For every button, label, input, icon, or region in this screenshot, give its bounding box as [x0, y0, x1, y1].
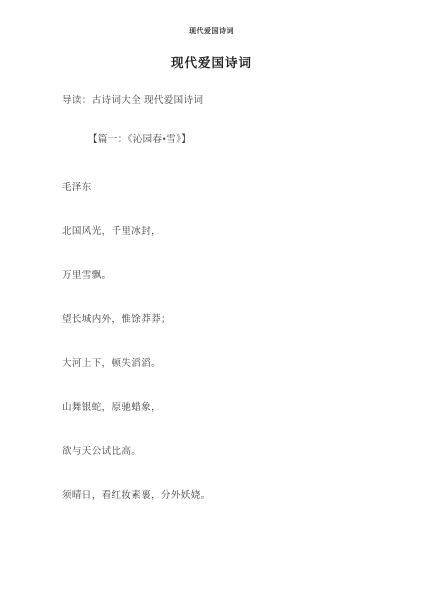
- page-title: 现代爱国诗词: [0, 53, 423, 71]
- intro-line: 导读：古诗词大全 现代爱国诗词: [62, 96, 393, 107]
- poem-line: 欲与天公试比高。: [62, 447, 393, 458]
- poem-line: 望长城内外，惟馀莽莽；: [62, 315, 393, 326]
- poem-line: 须晴日，看红妆素裹，分外妖娆。: [62, 491, 393, 502]
- author-line: 毛泽东: [62, 183, 393, 194]
- poem-line: 大河上下，顿失滔滔。: [62, 359, 393, 370]
- document-page: 现代爱国诗词 现代爱国诗词 导读：古诗词大全 现代爱国诗词 【篇一：《沁园春•雪…: [0, 0, 423, 600]
- poem-line: 北国风光，千里冰封，: [62, 227, 393, 238]
- poem-line: 山舞银蛇，原驰蜡象，: [62, 403, 393, 414]
- section-heading: 【篇一：《沁园春•雪》】: [88, 135, 393, 146]
- running-header: 现代爱国诗词: [0, 0, 423, 36]
- poem-line: 万里雪飘。: [62, 271, 393, 282]
